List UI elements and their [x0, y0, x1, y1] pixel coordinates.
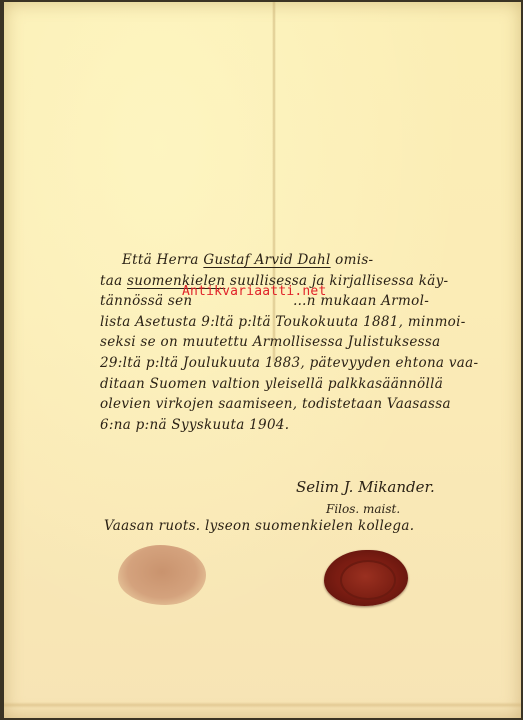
- line-text: taa: [100, 273, 127, 289]
- signature-position: Vaasan ruots. lyseon suomenkielen kolleg…: [104, 518, 414, 534]
- candidate-name: Gustaf Arvid Dahl: [203, 252, 330, 268]
- signature-name: Selim J. Mikander.: [296, 478, 435, 496]
- body-line-5: seksi se on muutettu Armollisessa Julist…: [96, 332, 500, 353]
- body-line-4: lista Asetusta 9:ltä p:ltä Toukokuuta 18…: [96, 312, 500, 333]
- body-line-1: Että Herra Gustaf Arvid Dahl omis-: [96, 250, 500, 271]
- red-wax-seal-icon: [324, 550, 408, 606]
- watermark: Antikvariaatti.net: [182, 284, 326, 299]
- signature-title: Filos. maist.: [326, 502, 400, 516]
- line-text: Että Herra: [122, 252, 203, 268]
- line-text: omis-: [331, 252, 374, 268]
- body-line-9: 6:na p:nä Syyskuuta 1904.: [96, 415, 500, 436]
- faded-wax-stain-icon: [118, 545, 206, 605]
- body-line-7: ditaan Suomen valtion yleisellä palkkasä…: [96, 374, 500, 395]
- document-paper: Että Herra Gustaf Arvid Dahl omis- taa s…: [4, 2, 521, 718]
- seal-emblem: [340, 560, 396, 600]
- horizontal-fold-line: [4, 702, 521, 708]
- body-line-6: 29:ltä p:ltä Joulukuuta 1883, pätevyyden…: [96, 353, 500, 374]
- body-line-8: olevien virkojen saamiseen, todistetaan …: [96, 394, 500, 415]
- certificate-body: Että Herra Gustaf Arvid Dahl omis- taa s…: [96, 250, 500, 435]
